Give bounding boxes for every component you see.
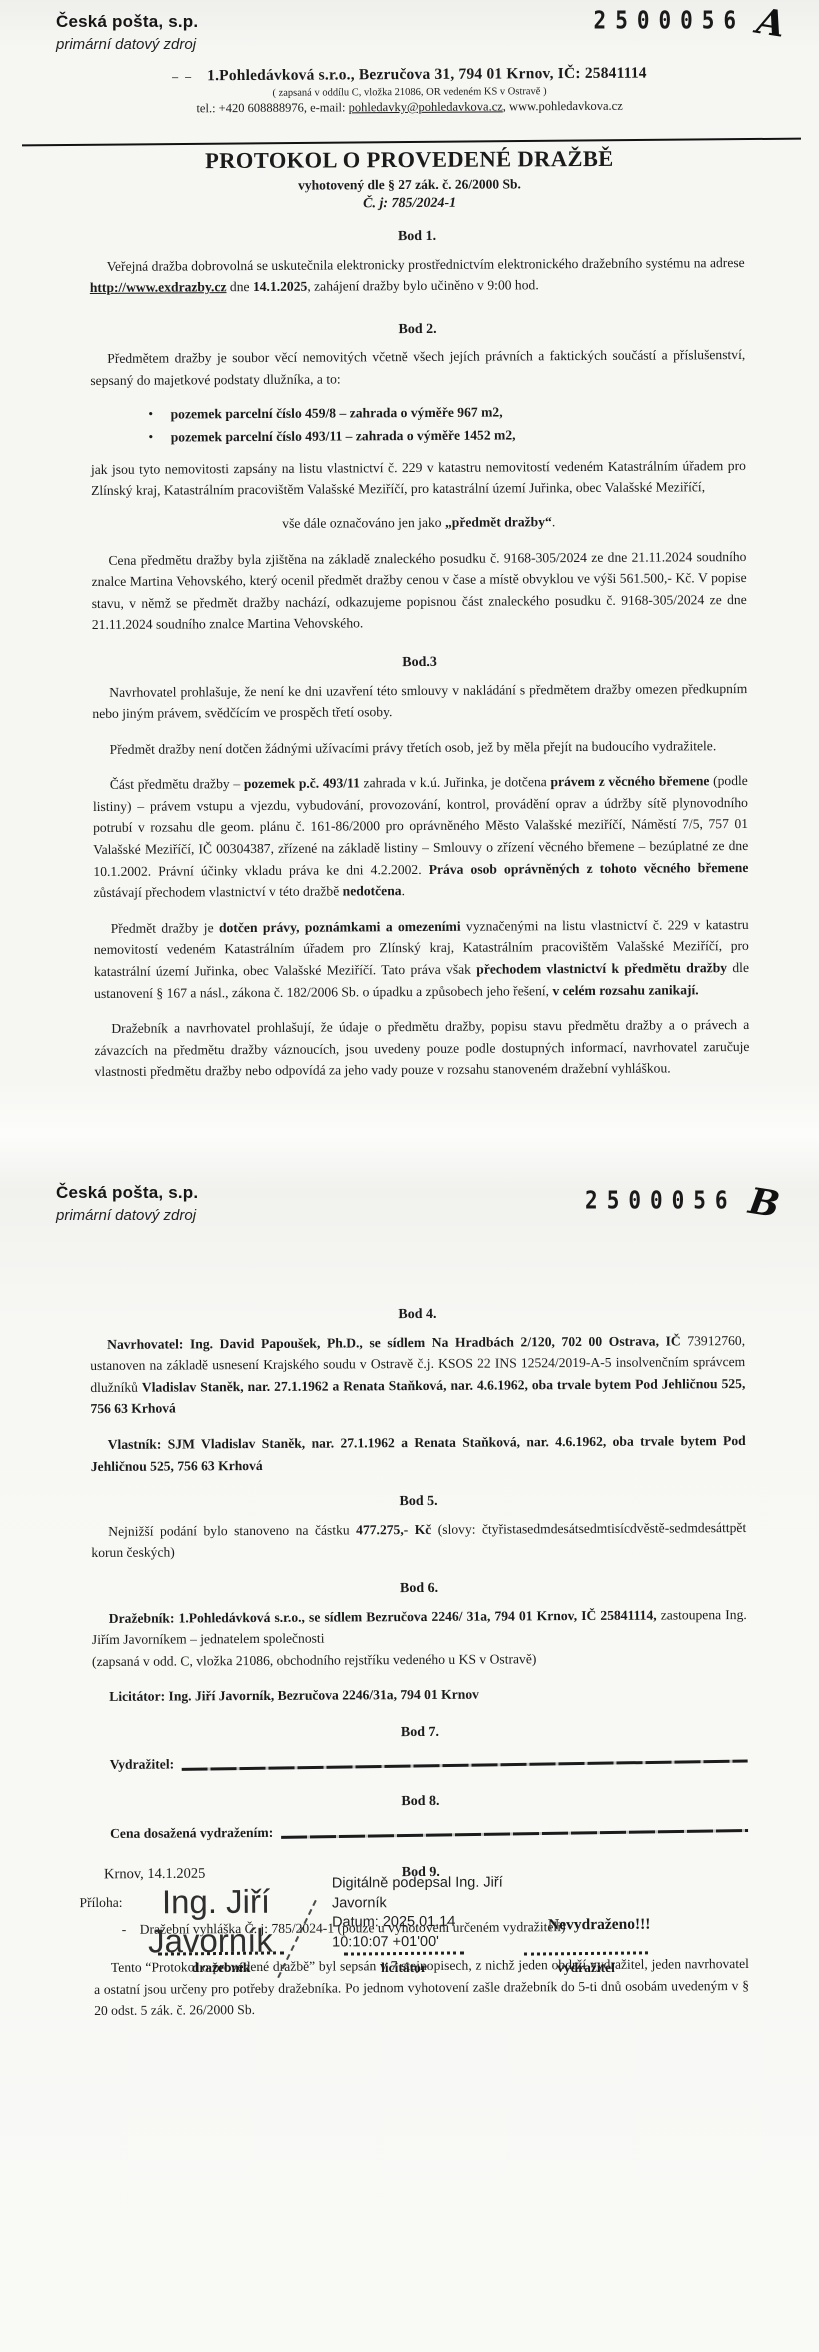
achieved-price-blank-line: [281, 1829, 748, 1839]
bod-3-paragraph-4: Předmět dražby je dotčen právy, poznámka…: [94, 914, 750, 1004]
bod-2-intro: Předmětem dražby je soubor věcí nemovitý…: [90, 344, 745, 391]
letterhead-company: – –1.Pohledávková s.r.o., Bezručova 31, …: [40, 64, 779, 87]
bod-8-heading: Bod 8.: [93, 1789, 748, 1815]
bod-4-heading: Bod 4.: [90, 1302, 745, 1328]
postal-corner-block-2: Česká pošta, s.p. primární datový zdroj: [56, 1183, 198, 1224]
place-date: Krnov, 14.1.2025: [104, 1866, 205, 1884]
org-name: Česká pošta, s.p.: [56, 12, 198, 32]
designation-line: vše dále označováno jen jako „předmět dr…: [91, 510, 746, 536]
signature-dotted-line-drazebnik: [158, 1951, 284, 1955]
org-subtitle: primární datový zdroj: [56, 36, 198, 53]
achieved-price-row: Cena dosažená vydražením:: [93, 1819, 748, 1845]
winner-blank-line: [182, 1759, 748, 1770]
bod-3-paragraph-3: Část předmětu dražby – pozemek p.č. 493/…: [93, 770, 749, 904]
winner-label: Vydražitel:: [93, 1753, 175, 1775]
handwritten-letter-a: A: [755, 6, 787, 40]
handwritten-letter-b: B: [746, 1186, 781, 1220]
bod-2-heading: Bod 2.: [90, 317, 745, 343]
parcel-list: pozemek parcelní číslo 459/8 – zahrada o…: [91, 400, 746, 449]
scanned-document: { "corner": { "org": "Česká pošta, s.p."…: [0, 0, 819, 2352]
page-1-body: Bod 1. Veřejná dražba dobrovolná se usku…: [89, 210, 749, 1083]
page-1: Česká pošta, s.p. primární datový zdroj …: [0, 0, 819, 1130]
bod-2-after: jak jsou tyto nemovitosti zapsány na lis…: [91, 455, 746, 502]
org-name-2: Česká pošta, s.p.: [56, 1183, 198, 1203]
signature-dotted-line-licitator: [344, 1951, 464, 1955]
licitator-paragraph: Licitátor: Ing. Jiří Javorník, Bezručova…: [92, 1682, 747, 1708]
auctioneer-registration: (zapsaná v odd. C, vložka 21086, obchodn…: [92, 1647, 747, 1673]
digital-signature-line-4: 10:10:07 +01'00': [332, 1932, 503, 1952]
price-paragraph: Cena předmětu dražby byla zjištěna na zá…: [91, 546, 747, 636]
owner-paragraph: Vlastník: SJM Vladislav Staněk, nar. 27.…: [91, 1430, 746, 1477]
digital-signature-line-3: Datum: 2025.01.14: [332, 1913, 503, 1933]
document-subtitle: vyhotovený dle § 27 zák. č. 26/2000 Sb.: [60, 175, 759, 195]
bod-1-heading: Bod 1.: [89, 224, 744, 250]
email-link: pohledavky@pohledavkova.cz: [349, 99, 503, 114]
serial-stamp: 2500056 A: [594, 8, 785, 38]
digital-signature-note: Digitálně podepsal Ing. Jiří Javorník Da…: [332, 1874, 503, 1953]
bod-5-paragraph: Nejnižší podání bylo stanoveno na částku…: [91, 1517, 746, 1564]
signature-name-line-1: Ing. Jiří: [148, 1882, 273, 1922]
org-subtitle-2: primární datový zdroj: [56, 1207, 198, 1224]
serial-number-2: 2500056: [585, 1186, 737, 1214]
parcel-item-2: pozemek parcelní číslo 493/11 – zahrada …: [149, 423, 746, 448]
signature-column-licitator: licitátor: [344, 1952, 464, 1976]
page-2: Česká pošta, s.p. primární datový zdroj …: [0, 1130, 819, 2352]
document-header: PROTOKOL O PROVEDENÉ DRAŽBĚ vyhotovený d…: [60, 145, 759, 214]
parcel-item-1: pozemek parcelní číslo 459/8 – zahrada o…: [149, 400, 746, 425]
signature-column-drazebnik: dražebník: [158, 1952, 284, 1976]
document-title: PROTOKOL O PROVEDENÉ DRAŽBĚ: [60, 145, 759, 175]
bod-3-heading: Bod.3: [92, 650, 747, 676]
letterhead-contact: tel.: +420 608888976, e-mail: pohledavky…: [40, 98, 779, 118]
serial-number: 2500056: [594, 6, 746, 34]
role-label-licitator: licitátor: [344, 1960, 464, 1976]
not-auctioned-note: Nevydraženo!!!: [548, 1916, 651, 1935]
role-label-drazebnik: dražebník: [158, 1960, 284, 1976]
role-label-vydrazitel: vydražitel: [524, 1960, 648, 1976]
signature-dotted-line-vydrazitel: [524, 1951, 648, 1955]
winner-row: Vydražitel:: [93, 1749, 748, 1775]
serial-stamp-2: 2500056 B: [585, 1188, 779, 1218]
digital-signature-line-1: Digitálně podepsal Ing. Jiří: [332, 1874, 503, 1894]
achieved-price-label: Cena dosažená vydražením:: [93, 1822, 273, 1845]
bod-5-heading: Bod 5.: [91, 1489, 746, 1515]
auctioneer-paragraph: Dražebník: 1.Pohledávková s.r.o., se síd…: [92, 1604, 747, 1651]
bod-1-paragraph: Veřejná dražba dobrovolná se uskutečnila…: [90, 252, 745, 299]
digital-signature-line-2: Javorník: [332, 1893, 503, 1913]
bod-3-paragraph-2: Předmět dražby není dotčen žádnými užíva…: [93, 735, 748, 761]
scan-artifact-dashes: – –: [172, 69, 193, 83]
bod-6-heading: Bod 6.: [92, 1576, 747, 1602]
signature-name-large: Ing. Jiří Javorník: [148, 1882, 273, 1961]
letterhead: – –1.Pohledávková s.r.o., Bezručova 31, …: [40, 64, 779, 118]
bod-7-heading: Bod 7.: [92, 1720, 747, 1746]
bod-3-paragraph-5: Dražebník a navrhovatel prohlašují, že ú…: [94, 1014, 749, 1083]
bod-3-paragraph-1: Navrhovatel prohlašuje, že není ke dni u…: [92, 677, 747, 724]
postal-corner-block: Česká pošta, s.p. primární datový zdroj: [56, 12, 198, 53]
signature-column-vydrazitel: vydražitel: [524, 1952, 648, 1976]
bod-4-paragraph: Navrhovatel: Ing. David Papoušek, Ph.D.,…: [90, 1330, 746, 1420]
